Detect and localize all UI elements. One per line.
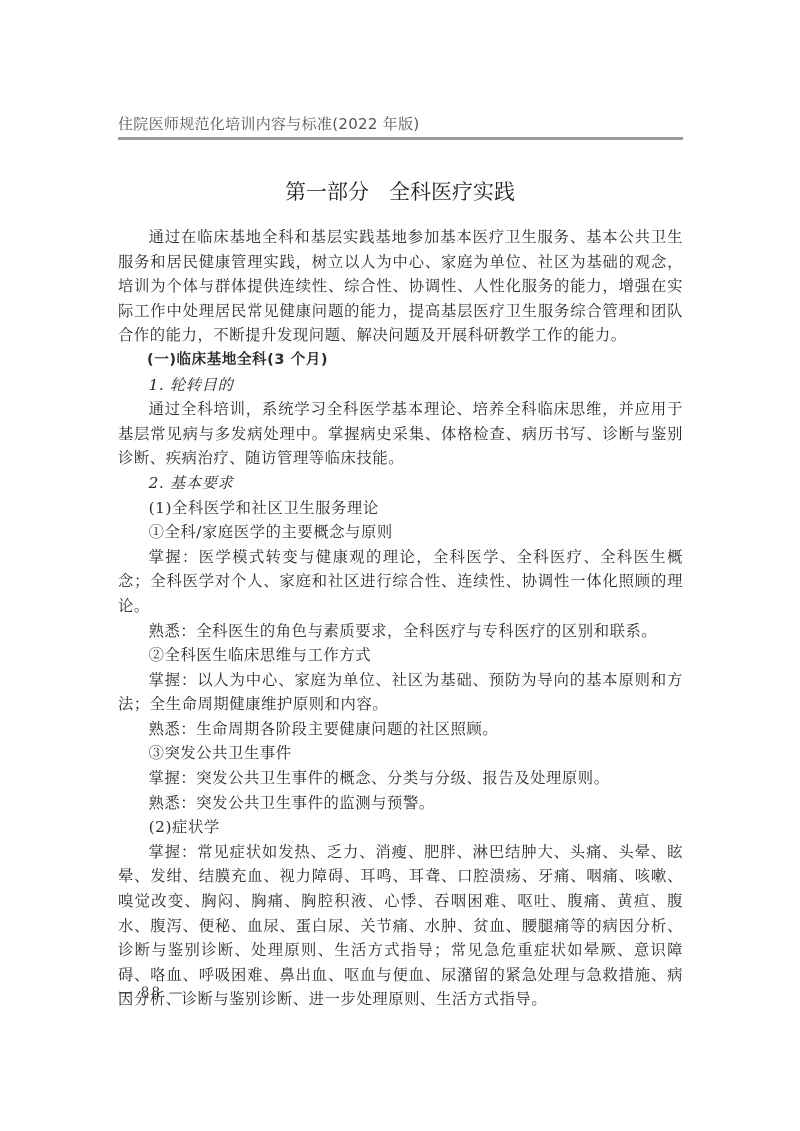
section-heading: (一)临床基地全科(3 个月) bbox=[118, 348, 683, 373]
subsection-heading: 1. 轮转目的 bbox=[118, 373, 683, 398]
paragraph: 掌握：以人为中心、家庭为单位、社区为基础、预防为导向的基本原则和方法；全生命周期… bbox=[118, 668, 683, 717]
paragraph: 通过全科培训，系统学习全科医学基本理论、培养全科临床思维，并应用于基层常见病与多… bbox=[118, 397, 683, 471]
item-heading: ③突发公共卫生事件 bbox=[118, 741, 683, 766]
paragraph: 掌握：医学模式转变与健康观的理论，全科医学、全科医疗、全科医生概念；全科医学对个… bbox=[118, 545, 683, 619]
header-rule bbox=[118, 137, 683, 140]
paragraph: 掌握：常见症状如发热、乏力、消瘦、肥胖、淋巴结肿大、头痛、头晕、眩晕、发绀、结膜… bbox=[118, 840, 683, 1012]
paragraph: 熟悉：全科医生的角色与素质要求，全科医疗与专科医疗的区别和联系。 bbox=[118, 619, 683, 644]
part-number: 第一部分 bbox=[285, 180, 369, 204]
item-heading: (1)全科医学和社区卫生服务理论 bbox=[118, 496, 683, 521]
paragraph: 熟悉：突发公共卫生事件的监测与预警。 bbox=[118, 791, 683, 816]
intro-paragraph: 通过在临床基地全科和基层实践基地参加基本医疗卫生服务、基本公共卫生服务和居民健康… bbox=[118, 225, 683, 348]
item-heading: ②全科医生临床思维与工作方式 bbox=[118, 643, 683, 668]
document-body: 通过在临床基地全科和基层实践基地参加基本医疗卫生服务、基本公共卫生服务和居民健康… bbox=[118, 225, 683, 1012]
running-header: 住院医师规范化培训内容与标准(2022 年版) bbox=[118, 113, 420, 134]
subsection-heading: 2. 基本要求 bbox=[118, 471, 683, 496]
paragraph: 掌握：突发公共卫生事件的概念、分类与分级、报告及处理原则。 bbox=[118, 766, 683, 791]
item-heading: (2)症状学 bbox=[118, 815, 683, 840]
part-name: 全科医疗实践 bbox=[389, 180, 515, 204]
part-title: 第一部分全科医疗实践 bbox=[0, 176, 800, 206]
page-number: — 88 — bbox=[118, 985, 185, 1001]
paragraph: 熟悉：生命周期各阶段主要健康问题的社区照顾。 bbox=[118, 717, 683, 742]
item-heading: ①全科/家庭医学的主要概念与原则 bbox=[118, 520, 683, 545]
